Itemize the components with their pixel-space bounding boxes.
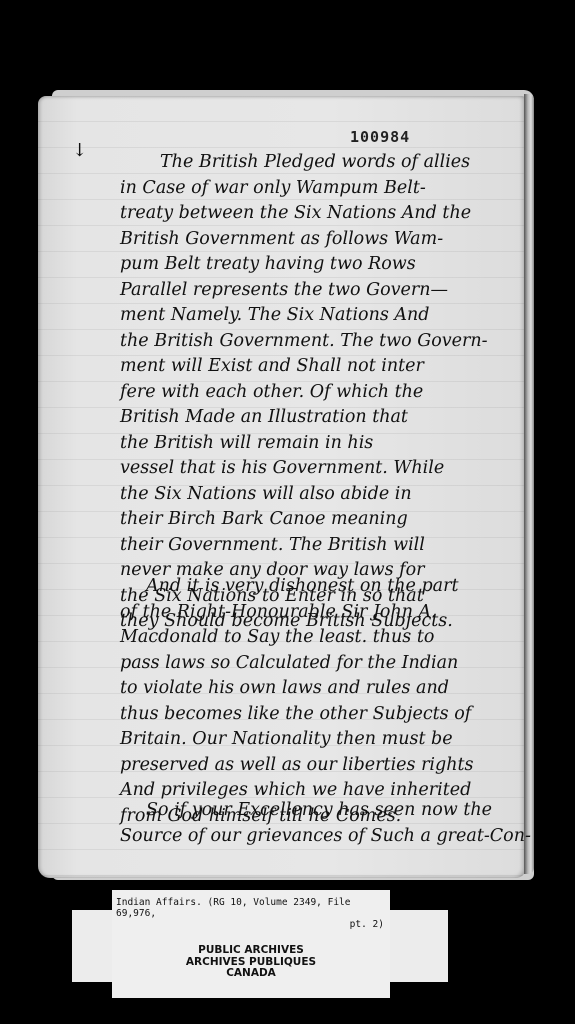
paragraph-3: So if your Excellency has seen now the S… <box>120 798 530 849</box>
text-line: fere with each other. Of which the <box>120 380 530 406</box>
archive-reference: Indian Affairs. (RG 10, Volume 2349, Fil… <box>116 897 384 930</box>
text-line: preserved as well as our liberties right… <box>120 753 530 779</box>
text-line: pum Belt treaty having two Rows <box>120 252 530 278</box>
paragraph-2: And it is very dishonest on the part of … <box>120 574 530 829</box>
text-line: the British Government. The two Govern- <box>120 329 530 355</box>
text-line: the Six Nations will also abide in <box>120 482 530 508</box>
text-line: Source of our grievances of Such a great… <box>120 824 530 850</box>
institution-country: CANADA <box>112 968 390 980</box>
text-line: in Case of war only Wampum Belt- <box>120 176 530 202</box>
text-line: pass laws so Calculated for the Indian <box>120 651 530 677</box>
stamp-number: 100984 <box>350 128 410 146</box>
text-line: to violate his own laws and rules and <box>120 676 530 702</box>
text-line: treaty between the Six Nations And the <box>120 201 530 227</box>
text-line: So if your Excellency has seen now the <box>120 798 530 824</box>
reference-line-1: Indian Affairs. (RG 10, Volume 2349, Fil… <box>116 897 351 919</box>
text-line: Parallel represents the two Govern— <box>120 278 530 304</box>
text-line: thus becomes like the other Subjects of <box>120 702 530 728</box>
text-line: British Government as follows Wam- <box>120 227 530 253</box>
text-line: the British will remain in his <box>120 431 530 457</box>
reference-line-2: pt. 2) <box>116 919 384 930</box>
text-line: Macdonald to Say the least. thus to <box>120 625 530 651</box>
text-line: ment will Exist and Shall not inter <box>120 354 530 380</box>
margin-mark-icon: ↓ <box>72 140 87 161</box>
text-line: of the Right-Honourable Sir John A. <box>120 600 530 626</box>
text-line: Britain. Our Nationality then must be <box>120 727 530 753</box>
institution-en: PUBLIC ARCHIVES <box>112 945 390 957</box>
text-line: their Birch Bark Canoe meaning <box>120 507 530 533</box>
text-line: ment Namely. The Six Nations And <box>120 303 530 329</box>
paragraph-1: The British Pledged words of allies in C… <box>120 150 530 635</box>
archive-institution: PUBLIC ARCHIVES ARCHIVES PUBLIQUES CANAD… <box>112 945 390 980</box>
text-line: The British Pledged words of allies <box>120 150 530 176</box>
text-line: And it is very dishonest on the part <box>120 574 530 600</box>
text-line: their Government. The British will <box>120 533 530 559</box>
text-line: vessel that is his Government. While <box>120 456 530 482</box>
text-line: British Made an Illustration that <box>120 405 530 431</box>
